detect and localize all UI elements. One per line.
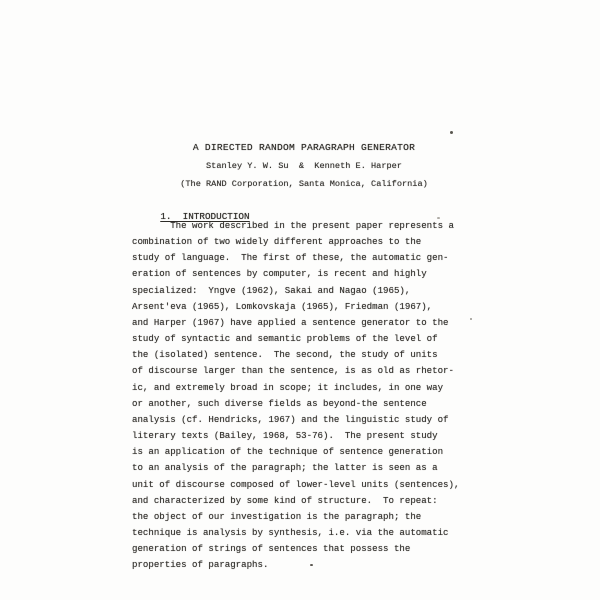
body-line: study of language. The first of these, t… [132, 250, 459, 266]
body-line: generation of strings of sentences that … [132, 541, 459, 557]
body-line: to an analysis of the paragraph; the lat… [132, 460, 459, 476]
body-line: combination of two widely different appr… [132, 234, 459, 250]
scan-speck [310, 564, 313, 566]
body-line: ic, and extremely broad in scope; it inc… [132, 380, 459, 396]
body-line: Arsent'eva (1965), Lomkovskaja (1965), F… [132, 299, 459, 315]
scanned-paper-page: A DIRECTED RANDOM PARAGRAPH GENERATOR St… [0, 0, 600, 600]
paper-title: A DIRECTED RANDOM PARAGRAPH GENERATOR [4, 142, 600, 153]
body-line: technique is analysis by synthesis, i.e.… [132, 525, 459, 541]
body-line: specialized: Yngve (1962), Sakai and Nag… [132, 283, 459, 299]
scan-speck [437, 217, 440, 219]
body-line: of discourse larger than the sentence, i… [132, 363, 459, 379]
body-line: the object of our investigation is the p… [132, 509, 459, 525]
body-line: or another, such diverse fields as beyon… [132, 396, 459, 412]
scan-speck [470, 318, 472, 320]
body-line: and characterized by some kind of struct… [132, 493, 459, 509]
body-line: literary texts (Bailey, 1968, 53-76). Th… [132, 428, 459, 444]
body-line: the (isolated) sentence. The second, the… [132, 347, 459, 363]
body-line: eration of sentences by computer, is rec… [132, 266, 459, 282]
scan-speck [450, 131, 453, 134]
body-line: study of syntactic and semantic problems… [132, 331, 459, 347]
body-line: unit of discourse composed of lower-leve… [132, 477, 459, 493]
paper-authors: Stanley Y. W. Su & Kenneth E. Harper [4, 161, 600, 171]
body-text: The work described in the present paper … [132, 218, 459, 573]
body-line: and Harper (1967) have applied a sentenc… [132, 315, 459, 331]
body-line: The work described in the present paper … [132, 218, 459, 234]
paper-affiliation: (The RAND Corporation, Santa Monica, Cal… [4, 179, 600, 189]
body-line: properties of paragraphs. [132, 557, 459, 573]
body-line: is an application of the technique of se… [132, 444, 459, 460]
body-line: analysis (cf. Hendricks, 1967) and the l… [132, 412, 459, 428]
